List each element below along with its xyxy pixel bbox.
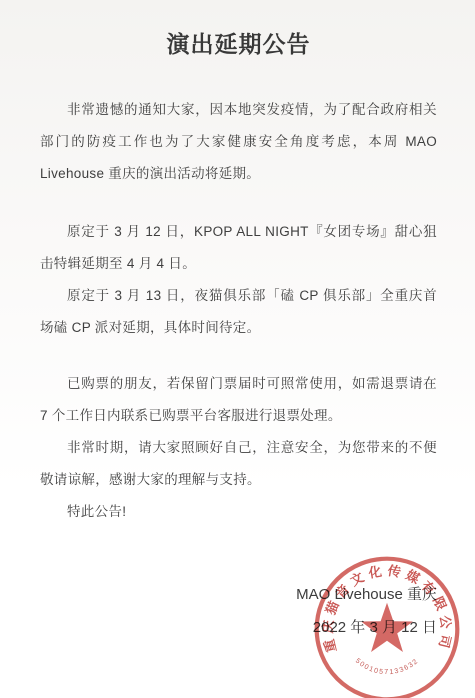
signature-company: MAO Livehouse 重庆 xyxy=(40,578,437,611)
seal-serial-number: 5001057133632 xyxy=(354,658,420,677)
document-body: 演出延期公告 非常遗憾的通知大家，因本地突发疫情，为了配合政府相关部门的防疫工作… xyxy=(0,0,475,644)
body-paragraph-intro: 非常遗憾的通知大家，因本地突发疫情，为了配合政府相关部门的防疫工作也为了大家健康… xyxy=(40,94,437,190)
body-paragraph-event-kpop: 原定于 3 月 12 日，KPOP ALL NIGHT『女团专场』甜心狙击特辑延… xyxy=(40,216,437,280)
page-title: 演出延期公告 xyxy=(40,30,437,58)
body-paragraph-closing: 特此公告! xyxy=(40,496,437,528)
svg-text:5001057133632: 5001057133632 xyxy=(354,658,420,677)
announcement-document: 演出延期公告 非常遗憾的通知大家，因本地突发疫情，为了配合政府相关部门的防疫工作… xyxy=(0,0,475,698)
body-paragraph-refund-policy: 已购票的朋友，若保留门票届时可照常使用，如需退票请在 7 个工作日内联系已购票平… xyxy=(40,368,437,432)
signature-block: MAO Livehouse 重庆 2022 年 3 月 12 日 xyxy=(40,578,437,644)
signature-date: 2022 年 3 月 12 日 xyxy=(40,611,437,644)
body-paragraph-event-cp-club: 原定于 3 月 13 日，夜猫俱乐部「磕 CP 俱乐部」全重庆首场磕 CP 派对… xyxy=(40,280,437,344)
body-paragraph-apology: 非常时期，请大家照顾好自己，注意安全，为您带来的不便敬请谅解，感谢大家的理解与支… xyxy=(40,432,437,496)
